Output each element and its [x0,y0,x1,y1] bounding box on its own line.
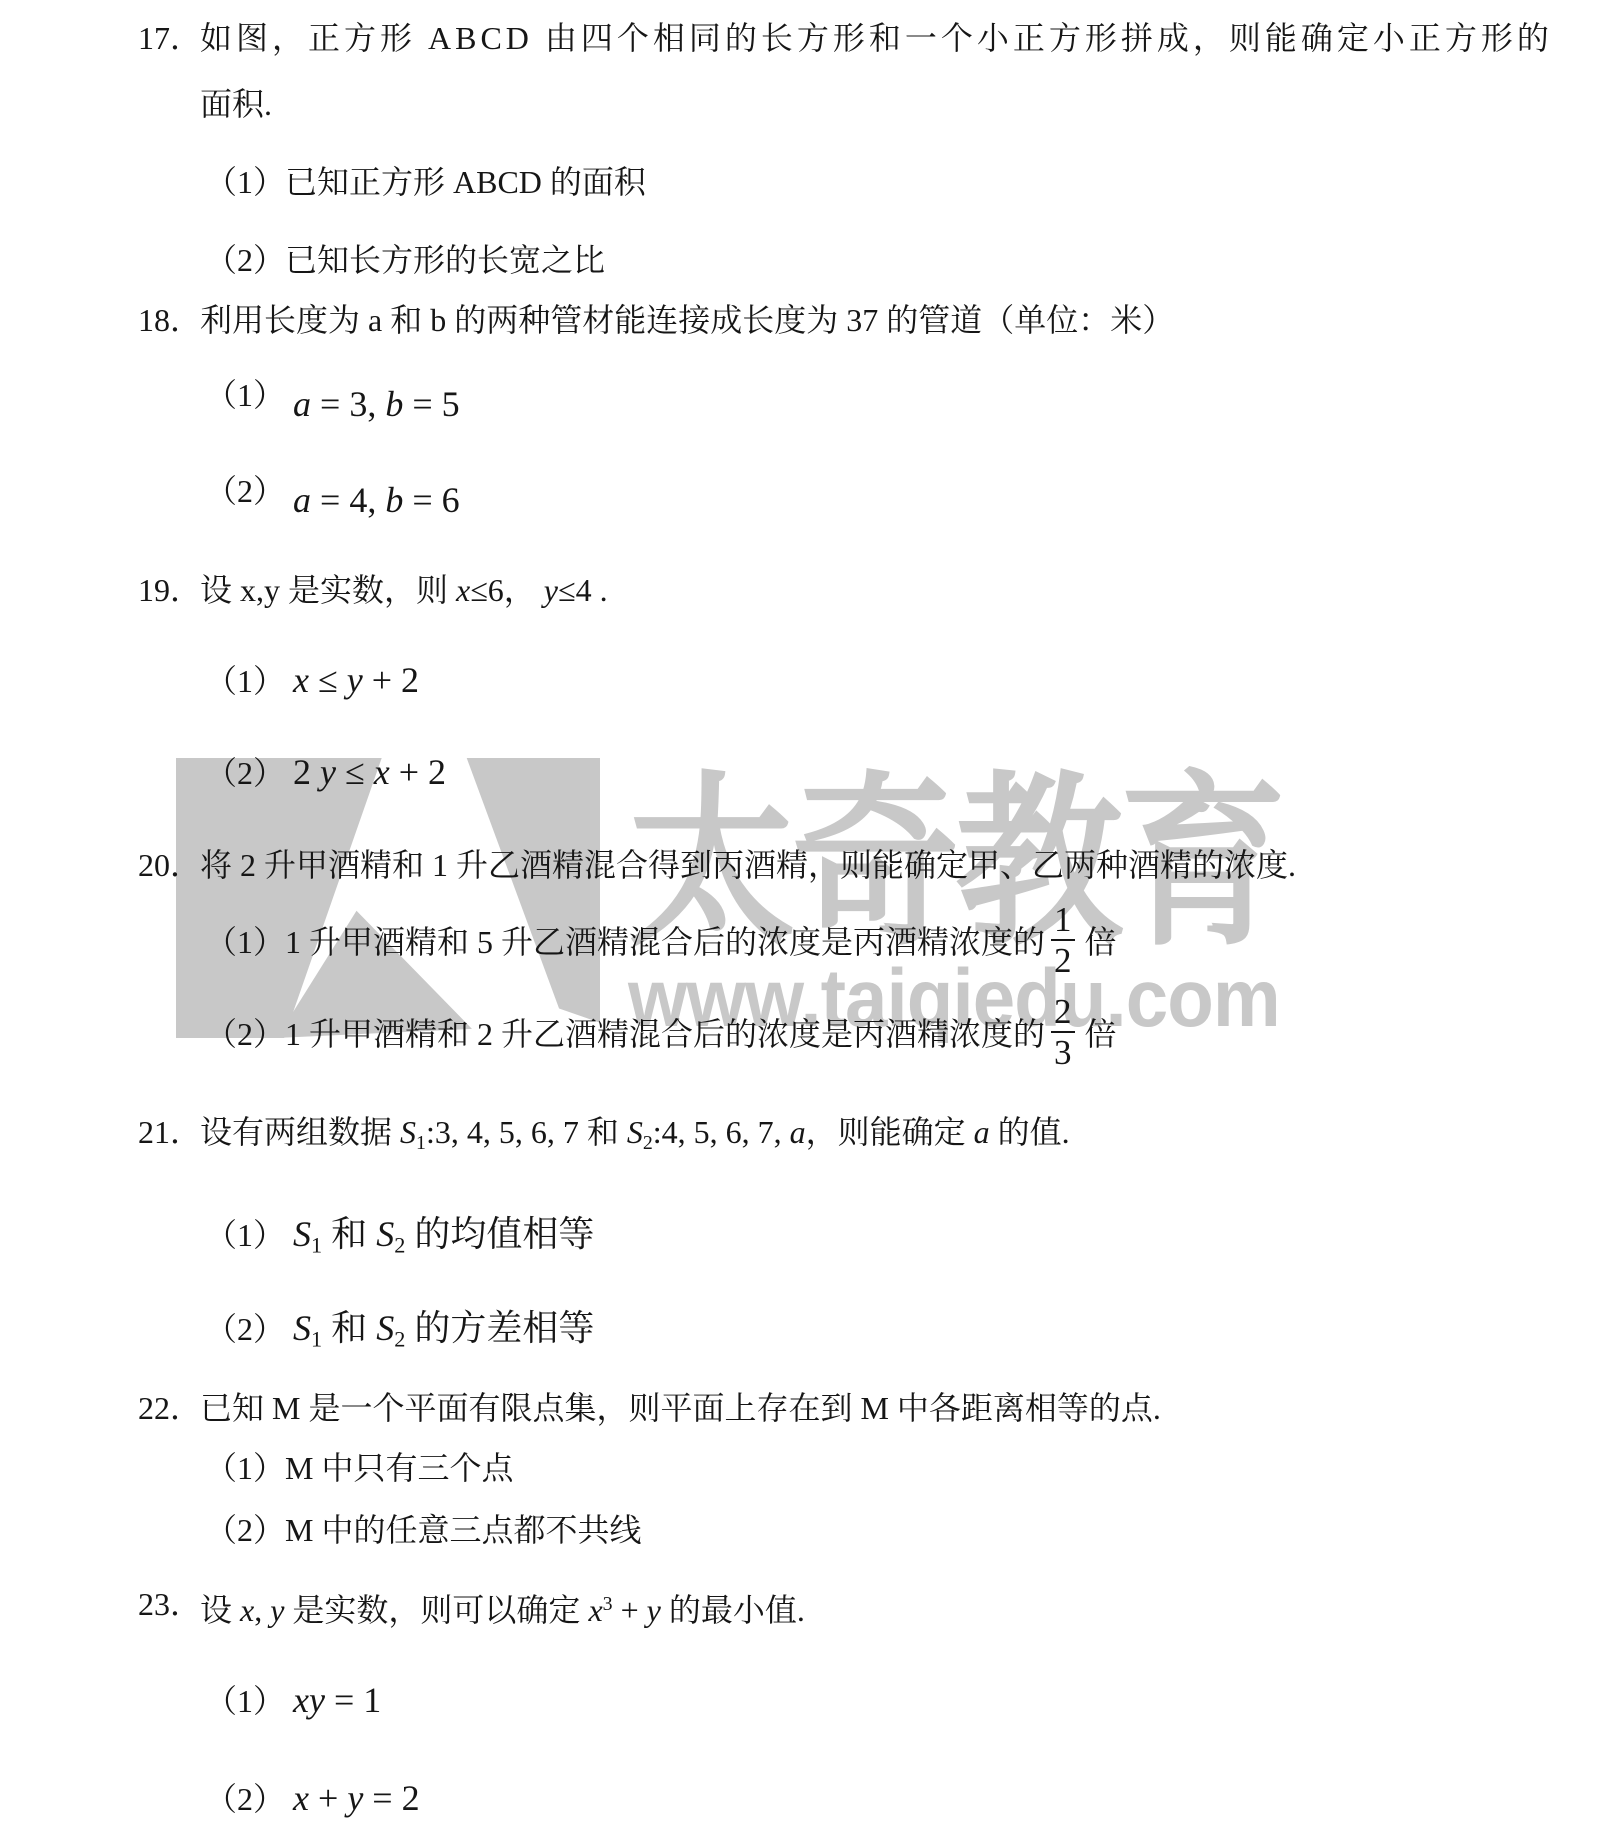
math-segment: ，则能确定 [806,1114,974,1150]
question-17-number: 17． [138,18,202,58]
math-segment: :3, 4, 5, 6, 7 和 [426,1114,627,1150]
math-segment: S [293,1308,311,1348]
math-segment: x [240,1592,254,1628]
question-21-number: 21． [138,1112,202,1152]
question-17-stem-line1: 如图，正方形 ABCD 由四个相同的长方形和一个小正方形拼成，则能确定小正方形的 [200,18,1553,58]
question-18-condition-1: （1） a = 3, b = 5 [205,374,460,415]
math-segment: 的最小值. [661,1592,805,1628]
fraction-numerator: 1 [1051,900,1075,939]
math-segment: a [293,480,311,520]
question-23-condition-2: （2） x + y = 2 [205,1778,420,1819]
condition-label: （1） [205,1217,285,1253]
question-21-stem: 设有两组数据 S1:3, 4, 5, 6, 7 和 S2:4, 5, 6, 7,… [200,1112,1070,1163]
condition-text-suffix: 倍 [1085,917,1117,963]
math-segment: 设 x,y 是实数，则 [200,572,456,608]
math-segment: S [376,1308,394,1348]
condition-label: （2） [205,473,285,509]
fraction: 1 2 [1051,900,1075,980]
question-18-condition-2: （2） a = 4, b = 6 [205,470,460,511]
question-20-condition-1: （1）1 升甲酒精和 5 升乙酒精混合后的浓度是丙酒精浓度的 1 2 倍 [205,888,1117,992]
condition-text: （1）1 升甲酒精和 5 升乙酒精混合后的浓度是丙酒精浓度的 [205,917,1045,963]
math-segment: S [400,1114,416,1150]
math-segment: ， [504,572,544,608]
math-segment: ≤ [309,660,347,700]
math-segment: 1 [311,1233,322,1258]
math-segment: 设 [200,1592,240,1628]
condition-formula: a = 3, b = 5 [293,384,460,424]
math-segment: 2 [643,1132,653,1154]
question-17-condition-1: （1）已知正方形 ABCD 的面积 [205,162,646,202]
math-segment: = 2 [363,1778,419,1818]
math-segment: . [592,572,608,608]
question-22-number: 22． [138,1388,202,1428]
question-19-condition-2: （2） 2 y ≤ x + 2 [205,752,446,793]
math-segment: y [544,572,558,608]
math-segment: 的方差相等 [405,1308,594,1348]
math-segment: = 5 [403,384,459,424]
exam-page: 太奇教育 www.taiqiedu.com 17． 如图，正方形 ABCD 由四… [0,0,1600,1846]
math-segment: 2 [394,1233,405,1258]
question-18-number: 18． [138,300,202,340]
question-22-stem: 已知 M 是一个平面有限点集，则平面上存在到 M 中各距离相等的点. [200,1388,1161,1428]
math-segment: ≤6 [470,572,504,608]
math-segment: x [374,752,390,792]
fraction-denominator: 2 [1051,939,1075,980]
math-segment: 的值. [990,1114,1070,1150]
fraction-denominator: 3 [1051,1031,1075,1072]
math-segment: , [254,1592,270,1628]
math-segment: 和 [322,1308,376,1348]
condition-text-suffix: 倍 [1085,1009,1117,1055]
question-19-condition-1: （1） x ≤ y + 2 [205,660,419,701]
question-19-stem: 设 x,y 是实数，则 x≤6， y≤4 . [200,570,608,610]
questions-list: 17． 如图，正方形 ABCD 由四个相同的长方形和一个小正方形拼成，则能确定小… [0,0,1600,1846]
condition-label: （2） [205,1781,285,1817]
math-segment: = 4, [311,480,385,520]
question-21-condition-2: （2） S1 和 S2 的方差相等 [205,1308,594,1360]
question-23-stem: 设 x, y 是实数，则可以确定 x3 + y 的最小值. [200,1584,805,1630]
fraction-numerator: 2 [1051,992,1075,1031]
math-segment: 是实数，则可以确定 [284,1592,588,1628]
math-segment: 1 [311,1327,322,1352]
question-17-stem-line2: 面积. [200,84,272,124]
math-segment: 2 [293,752,320,792]
math-segment: a [293,384,311,424]
math-segment: y [647,1592,661,1628]
math-segment: y [347,1778,363,1818]
math-segment: + [309,1778,347,1818]
math-segment: = 6 [403,480,459,520]
math-segment: + 2 [390,752,446,792]
condition-formula: 2 y ≤ x + 2 [293,752,446,792]
math-segment: + 2 [363,660,419,700]
condition-label: （1） [205,663,285,699]
condition-label: （1） [205,377,285,413]
math-segment: = 1 [325,1680,381,1720]
fraction: 2 3 [1051,992,1075,1072]
math-segment: b [385,384,403,424]
math-segment: ≤ [336,752,374,792]
math-segment: x [293,660,309,700]
condition-label: （1） [205,1683,285,1719]
question-20-number: 20． [138,845,202,885]
math-segment: y [320,752,336,792]
math-segment: x [588,1592,602,1628]
math-segment: 3 [603,1593,613,1615]
condition-text: （2）1 升甲酒精和 2 升乙酒精混合后的浓度是丙酒精浓度的 [205,1009,1045,1055]
question-18-stem: 利用长度为 a 和 b 的两种管材能连接成长度为 37 的管道（单位：米） [200,300,1174,340]
condition-label: （2） [205,1311,285,1347]
math-segment: y [347,660,363,700]
question-19-number: 19． [138,570,202,610]
condition-formula: a = 4, b = 6 [293,480,460,520]
condition-formula: S1 和 S2 的均值相等 [293,1214,594,1254]
math-segment: x [293,1778,309,1818]
question-23-number: 23． [138,1584,202,1624]
question-23-condition-1: （1） xy = 1 [205,1680,381,1721]
math-segment: a [790,1114,806,1150]
math-segment: + [613,1592,647,1628]
math-segment: S [293,1214,311,1254]
math-segment: ≤4 [558,572,592,608]
condition-formula: x + y = 2 [293,1778,420,1818]
math-segment: 设有两组数据 [200,1114,400,1150]
condition-formula: xy = 1 [293,1680,381,1720]
question-20-stem: 将 2 升甲酒精和 1 升乙酒精混合得到丙酒精，则能确定甲、乙两种酒精的浓度. [200,845,1296,885]
math-segment: :4, 5, 6, 7, [653,1114,790,1150]
math-segment: S [376,1214,394,1254]
question-20-condition-2: （2）1 升甲酒精和 2 升乙酒精混合后的浓度是丙酒精浓度的 2 3 倍 [205,980,1117,1084]
question-22-condition-1: （1）M 中只有三个点 [205,1448,513,1488]
math-segment: xy [293,1680,325,1720]
question-22-condition-2: （2）M 中的任意三点都不共线 [205,1510,641,1550]
math-segment: S [627,1114,643,1150]
condition-formula: S1 和 S2 的方差相等 [293,1308,594,1348]
question-21-condition-1: （1） S1 和 S2 的均值相等 [205,1214,594,1266]
math-segment: a [974,1114,990,1150]
math-segment: 1 [416,1132,426,1154]
math-segment: 2 [394,1327,405,1352]
question-17-condition-2: （2）已知长方形的长宽之比 [205,240,605,280]
math-segment: 和 [322,1214,376,1254]
math-segment: b [385,480,403,520]
condition-label: （2） [205,755,285,791]
condition-formula: x ≤ y + 2 [293,660,419,700]
math-segment: y [270,1592,284,1628]
math-segment: x [456,572,470,608]
math-segment: 的均值相等 [405,1214,594,1254]
math-segment: = 3, [311,384,385,424]
